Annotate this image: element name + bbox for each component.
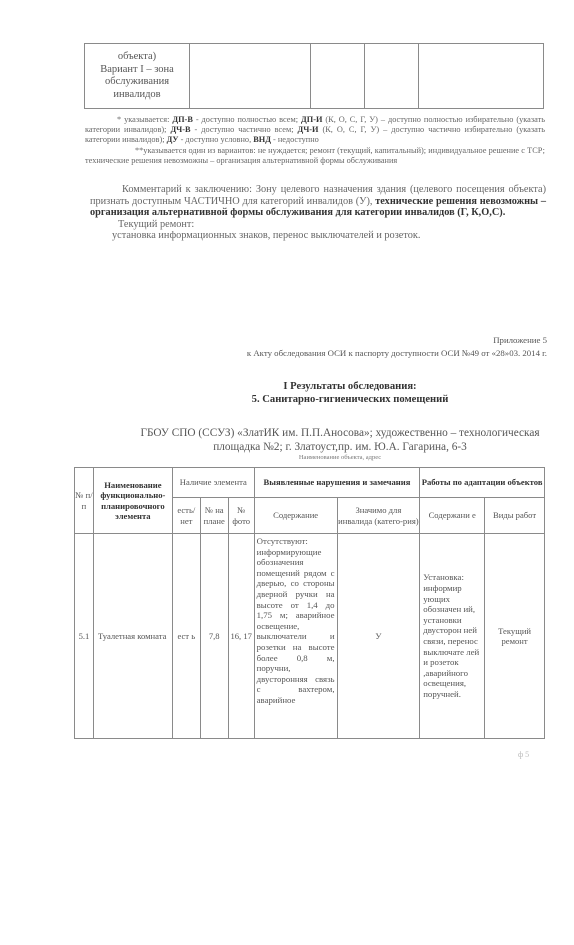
empty-cell	[364, 44, 418, 109]
header-works: Работы по адаптации объектов	[420, 468, 545, 498]
row-photo-no: 16, 17	[228, 534, 254, 739]
appendix-header: Приложение 5 к Акту обследования ОСИ к п…	[160, 334, 547, 359]
row-num: 5.1	[75, 534, 94, 739]
empty-cell	[190, 44, 311, 109]
header-significant: Значимо для инвалида (катего-рия)	[337, 498, 420, 534]
section-titles: I Результаты обследования: 5. Санитарно-…	[140, 380, 560, 406]
header-presence: Наличие элемента	[172, 468, 254, 498]
section-subtitle: 5. Санитарно-гигиенических помещений	[140, 393, 560, 406]
comment-paragraph: Комментарий к заключению: Зону целевого …	[90, 184, 546, 219]
object-caption: Наименование объекта, адрес	[200, 454, 480, 461]
zone-line: объекта)	[85, 51, 189, 64]
table-row: 5.1 Туалетная комната ест ь 7,8 16, 17 О…	[75, 534, 545, 739]
row-present: ест ь	[172, 534, 200, 739]
empty-cell	[310, 44, 364, 109]
header-work-content: Содержани е	[420, 498, 485, 534]
section-title: I Результаты обследования:	[140, 380, 560, 393]
row-work-type: Текущий ремонт	[485, 534, 545, 739]
sanitary-rooms-table: № п/п Наименование функционально-планиро…	[74, 467, 545, 739]
row-significant: У	[337, 534, 420, 739]
header-violation-content: Содержание	[254, 498, 337, 534]
footnotes: * указывается: ДП-В - доступно полностью…	[85, 115, 545, 166]
header-plan-no: № на плане	[200, 498, 228, 534]
conclusion-comment: Комментарий к заключению: Зону целевого …	[90, 184, 546, 242]
object-line-1: ГБОУ СПО (ССУЗ) «ЗлатИК им. П.П.Аносова»…	[120, 426, 560, 440]
row-name: Туалетная комната	[93, 534, 172, 739]
row-violation-content: Отсутствуют: информирующие обозначения п…	[254, 534, 337, 739]
header-violations: Выявленные нарушения и замечания	[254, 468, 420, 498]
zone-line: обслуживания	[85, 76, 189, 89]
empty-cell	[418, 44, 543, 109]
header-row-1: № п/п Наименование функционально-планиро…	[75, 468, 545, 498]
zone-cell: объекта) Вариант I – зона обслуживания и…	[85, 44, 190, 109]
header-name: Наименование функционально-планировочног…	[93, 468, 172, 534]
row-work-content: Установка: информир ующих обозначен ий, …	[420, 534, 485, 739]
object-line-2: площадка №2; г. Златоуст,пр. им. Ю.А. Га…	[120, 440, 560, 454]
object-name-block: ГБОУ СПО (ССУЗ) «ЗлатИК им. П.П.Аносова»…	[120, 426, 560, 454]
footnote-1: * указывается: ДП-В - доступно полностью…	[85, 115, 545, 146]
appendix-number: Приложение 5	[160, 334, 547, 347]
row-plan-no: 7,8	[200, 534, 228, 739]
continued-table: объекта) Вариант I – зона обслуживания и…	[84, 43, 544, 109]
zone-line: инвалидов	[85, 89, 189, 102]
repair-text: установка информационных знаков, перенос…	[90, 230, 546, 242]
footnote-2: **указывается один из вариантов: не нужд…	[85, 146, 545, 166]
header-num: № п/п	[75, 468, 94, 534]
header-present: есть/ нет	[172, 498, 200, 534]
margin-mark: ф 5	[518, 750, 529, 759]
header-work-type: Виды работ	[485, 498, 545, 534]
appendix-reference: к Акту обследования ОСИ к паспорту досту…	[160, 347, 547, 360]
repair-label: Текущий ремонт:	[90, 219, 546, 231]
zone-line: Вариант I – зона	[85, 64, 189, 77]
header-photo-no: № фото	[228, 498, 254, 534]
